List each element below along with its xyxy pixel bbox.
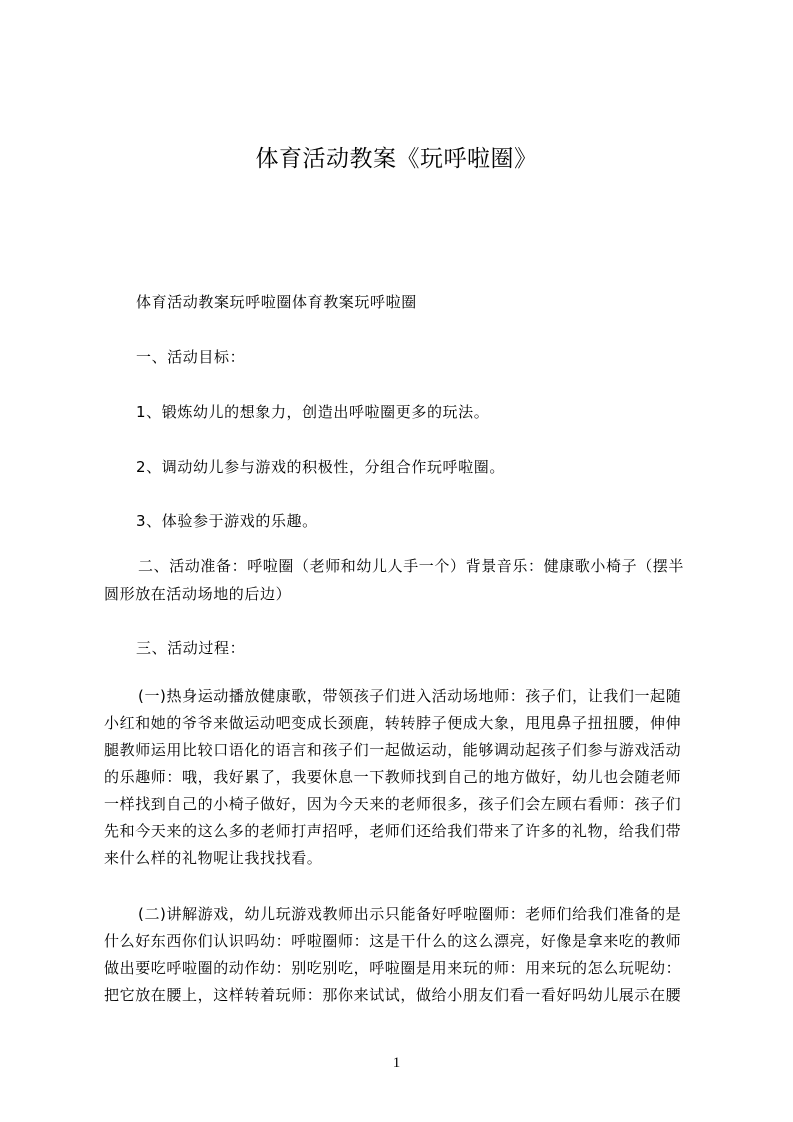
paragraph-line: (二)讲解游戏，幼儿玩游戏教师出示只能备好呼啦圈师：老师们给我们准备的是	[138, 904, 681, 924]
paragraph-line: 的乐趣师：哦，我好累了，我要休息一下教师找到自己的地方做好，幼儿也会随老师	[104, 767, 681, 787]
section-heading-goals: 一、活动目标：	[136, 347, 245, 367]
document-title: 体育活动教案《玩呼啦圈》	[0, 140, 793, 173]
process-paragraph-2: (二)讲解游戏，幼儿玩游戏教师出示只能备好呼啦圈师：老师们给我们准备的是 什么好…	[0, 904, 699, 1024]
paragraph-line: 小红和她的爷爷来做运动吧变成长颈鹿，转转脖子便成大象，甩甩鼻子扭扭腰，伸伸	[104, 713, 681, 733]
section-preparation: 二、活动准备：呼啦圈（老师和幼儿人手一个）背景音乐：健康歌小椅子（摆半 圆形放在…	[0, 556, 699, 616]
document-page: 体育活动教案《玩呼啦圈》 体育活动教案玩呼啦圈体育教案玩呼啦圈 一、活动目标： …	[0, 0, 793, 1122]
paragraph-line: 先和今天来的这么多的老师打声招呼，老师们还给我们带来了许多的礼物，给我们带	[104, 821, 681, 841]
paragraph-line: 做出要吃呼啦圈的动作幼：别吃别吃，呼啦圈是用来玩的师：用来玩的怎么玩呢幼：	[104, 958, 681, 978]
page-number: 1	[0, 1055, 793, 1072]
paragraph-line: (一)热身运动播放健康歌，带领孩子们进入活动场地师：孩子们，让我们一起随	[138, 686, 681, 706]
paragraph-line: 一样找到自己的小椅子做好，因为今天来的老师很多，孩子们会左顾右看师：孩子们	[104, 794, 681, 814]
preparation-line: 圆形放在活动场地的后边）	[104, 584, 291, 604]
paragraph-line: 把它放在腰上，这样转着玩师：那你来试试，做给小朋友们看一看好吗幼儿展示在腰	[104, 985, 681, 1005]
goal-item: 3、体验参于游戏的乐趣。	[136, 511, 318, 531]
preparation-line: 二、活动准备：呼啦圈（老师和幼儿人手一个）背景音乐：健康歌小椅子（摆半	[138, 556, 684, 576]
section-heading-process: 三、活动过程：	[136, 638, 245, 658]
goal-item: 1、锻炼幼儿的想象力，创造出呼啦圈更多的玩法。	[136, 402, 489, 422]
goal-item: 2、调动幼儿参与游戏的积极性，分组合作玩呼啦圈。	[136, 457, 505, 477]
process-paragraph-1: (一)热身运动播放健康歌，带领孩子们进入活动场地师：孩子们，让我们一起随 小红和…	[0, 686, 699, 886]
document-subtitle: 体育活动教案玩呼啦圈体育教案玩呼啦圈	[136, 292, 417, 312]
paragraph-line: 来什么样的礼物呢让我找找看。	[104, 848, 322, 868]
paragraph-line: 什么好东西你们认识吗幼：呼啦圈师：这是干什么的这么漂亮，好像是拿来吃的教师	[104, 931, 681, 951]
paragraph-line: 腿教师运用比较口语化的语言和孩子们一起做运动，能够调动起孩子们参与游戏活动	[104, 740, 681, 760]
